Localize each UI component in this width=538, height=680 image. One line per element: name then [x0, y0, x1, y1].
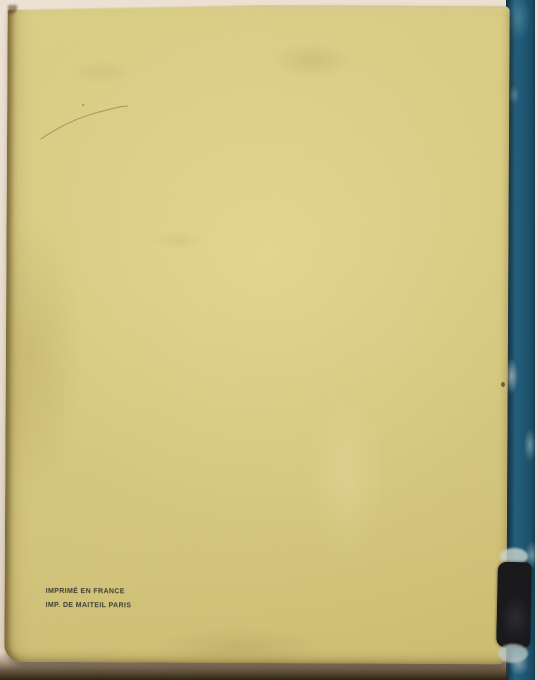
- tape-remnant-patch: [496, 562, 532, 649]
- ink-speck: [501, 382, 505, 387]
- book-back-cover: IMPRIMÉ EN FRANCE IMP. DE MAITEIL PARIS: [4, 4, 509, 665]
- imprint-line-2: IMP. DE MAITEIL PARIS: [46, 599, 132, 613]
- imprint-line-1: IMPRIMÉ EN FRANCE: [46, 585, 132, 599]
- spine-wear-chip-lower: [498, 644, 528, 663]
- scratch-mark: [39, 99, 131, 145]
- book-photo: IMPRIMÉ EN FRANCE IMP. DE MAITEIL PARIS: [0, 0, 538, 680]
- printer-imprint: IMPRIMÉ EN FRANCE IMP. DE MAITEIL PARIS: [46, 585, 132, 613]
